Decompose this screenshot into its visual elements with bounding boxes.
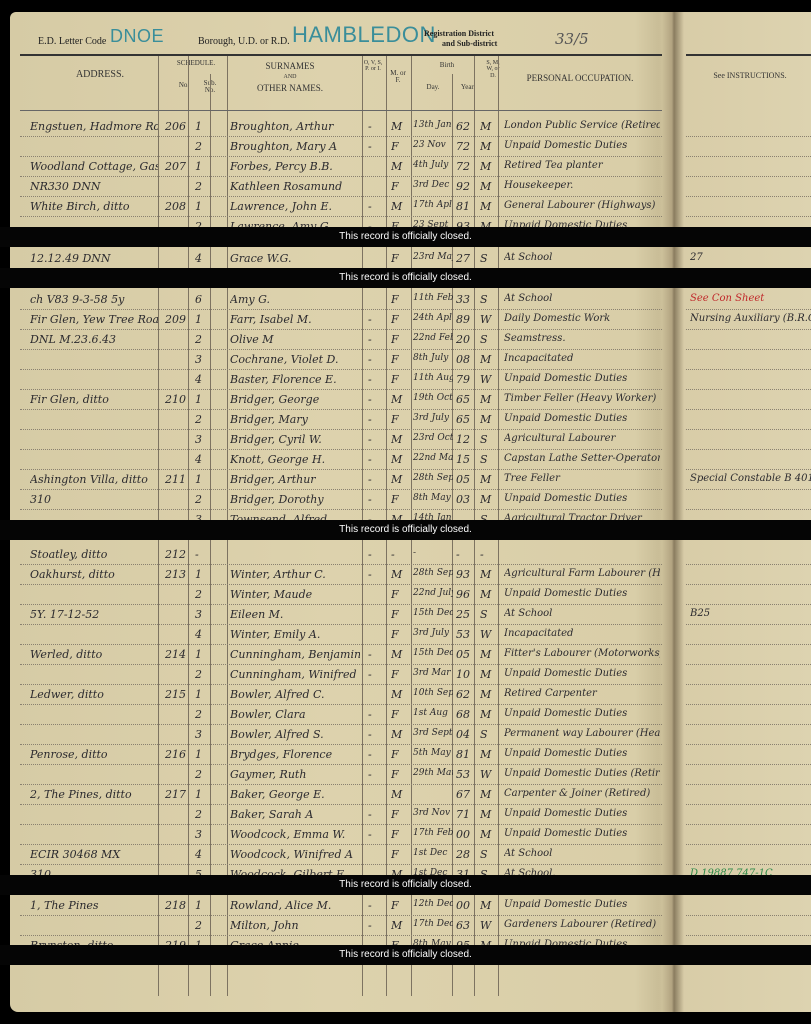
cell-ovs: - [368,333,384,346]
cell-name: Winter, Maude [230,588,360,601]
cell-sub: 1 [195,568,211,581]
cell-day: 1st Aug [413,708,453,718]
col-schedule-no: No. [170,82,198,89]
table-row: 2Cunningham, Winifred-F3rd Mar10MUnpaid … [10,665,811,685]
col-address: ADDRESS. [30,70,170,81]
cell-sub: 2 [195,180,211,193]
cell-sub: 3 [195,608,211,621]
cell-name: Bridger, Cyril W. [230,433,360,446]
cell-sub: 2 [195,333,211,346]
table-row: White Birch, ditto2081Lawrence, John E.-… [10,197,811,217]
cell-ovs: - [368,748,384,761]
cell-sub: 1 [195,788,211,801]
cell-status: M [480,180,498,193]
cell-year: 08 [456,353,474,366]
cell-sched: 212 [165,548,189,561]
table-row: 3102Bridger, Dorothy-F8th May03MUnpaid D… [10,490,811,510]
cell-sched: 210 [165,393,189,406]
cell-sub: 1 [195,313,211,326]
cell-name: Forbes, Percy B.B. [230,160,360,173]
cell-sex: F [391,140,407,153]
cell-address: Woodland Cottage, Gasden Lane [30,160,158,173]
cell-day: 17th Apl [413,200,453,210]
cell-name: Winter, Arthur C. [230,568,360,581]
cell-status: M [480,353,498,366]
cell-sub: 1 [195,473,211,486]
cell-day: 10th Sept [413,688,453,698]
cell-status: S [480,848,498,861]
table-row: 1, The Pines2181Rowland, Alice M.-F12th … [10,896,811,916]
cell-status: W [480,768,498,781]
cell-ovs: - [368,353,384,366]
cell-sched: 215 [165,688,189,701]
cell-year: 53 [456,628,474,641]
cell-day: 17th Dec [413,919,453,929]
table-row: 2Baker, Sarah A-F3rd Nov71MUnpaid Domest… [10,805,811,825]
cell-sched: 208 [165,200,189,213]
cell-status: M [480,899,498,912]
cell-sex: F [391,353,407,366]
table-row: Ashington Villa, ditto2111Bridger, Arthu… [10,470,811,490]
cell-day: 3rd Nov [413,808,453,818]
cell-name: Eileen M. [230,608,360,621]
cell-sex: F [391,628,407,641]
cell-status: S [480,728,498,741]
cell-ovs: - [368,648,384,661]
cell-status: S [480,252,498,265]
cell-address: Penrose, ditto [30,748,158,761]
cell-day: 23rd May [413,252,453,262]
cell-status: S [480,433,498,446]
cell-day: 19th Oct [413,393,453,403]
cell-ovs: - [368,548,384,561]
cell-sub: 2 [195,708,211,721]
table-row: DNL M.23.6.432Olive M-F22nd Feb20SSeamst… [10,330,811,350]
cell-occ: Carpenter & Joiner (Retired) [504,788,660,799]
cell-sex: F [391,708,407,721]
borough-label: Borough, U.D. or R.D. [198,36,290,47]
cell-name: Bowler, Clara [230,708,360,721]
cell-address: Ledwer, ditto [30,688,158,701]
cell-ovs: - [368,493,384,506]
cell-year: 15 [456,453,474,466]
col-birth: Birth [412,62,482,69]
cell-sex: - [391,548,407,561]
cell-occ: Housekeeper. [504,180,660,191]
cell-year: 81 [456,200,474,213]
cell-status: M [480,413,498,426]
cell-ovs: - [368,668,384,681]
cell-occ: Unpaid Domestic Duties [504,808,660,819]
cell-ovs: - [368,373,384,386]
closed-record-banner: This record is officially closed. [0,268,811,288]
col-birth-year: Year. [456,84,480,91]
cell-name: Knott, George H. [230,453,360,466]
cell-occ: Unpaid Domestic Duties [504,828,660,839]
cell-ovs: - [368,568,384,581]
cell-sex: F [391,808,407,821]
registration-label-1: Registration District [424,29,494,38]
borough-name: HAMBLEDON [292,22,436,48]
cell-day: 28th Sept [413,568,453,578]
cell-sex: M [391,568,407,581]
cell-sex: F [391,828,407,841]
cell-note: See Con Sheet [690,293,811,304]
cell-day: 23 Nov [413,140,453,150]
cell-occ: Daily Domestic Work [504,313,660,324]
cell-occ: Unpaid Domestic Duties [504,493,660,504]
cell-status: M [480,493,498,506]
cell-address: Oakhurst, ditto [30,568,158,581]
cell-sex: F [391,293,407,306]
cell-sub: 4 [195,252,211,265]
col-surnames-and: AND [225,74,355,80]
cell-occ: Agricultural Labourer [504,433,660,444]
cell-ovs: - [368,708,384,721]
cell-note: 27 [690,252,811,263]
cell-sex: F [391,333,407,346]
cell-ovs: - [368,828,384,841]
cell-name: Grace W.G. [230,252,360,265]
cell-ovs: - [368,473,384,486]
cell-ovs: - [368,120,384,133]
cell-occ: At School [504,608,660,619]
cell-occ: Unpaid Domestic Duties (Retired) [504,768,660,779]
cell-sex: F [391,588,407,601]
col-status: S, M, W, or D. [483,60,503,79]
cell-occ: Unpaid Domestic Duties [504,413,660,424]
table-row: 4Knott, George H.-M22nd May15SCapstan La… [10,450,811,470]
cell-day: 11th Aug [413,373,453,383]
cell-address: 5Y. 17-12-52 [30,608,158,621]
cell-sex: F [391,608,407,621]
cell-ovs: - [368,433,384,446]
cell-occ: At School [504,252,660,263]
cell-ovs: - [368,313,384,326]
cell-note: Nursing Auxiliary (B.R.C.S.) [690,313,811,324]
cell-sub: 4 [195,373,211,386]
table-row: 2, The Pines, ditto2171Baker, George E.M… [10,785,811,805]
table-row: 3Woodcock, Emma W.-F17th Feb00MUnpaid Do… [10,825,811,845]
col-ovspl: O, V, S, P. or I. [362,60,384,73]
cell-year: 92 [456,180,474,193]
cell-name: Rowland, Alice M. [230,899,360,912]
table-row: 12.12.49 DNN4Grace W.G.F23rd May27SAt Sc… [10,249,811,269]
cell-sex: F [391,668,407,681]
cell-day: 4th July [413,160,453,170]
cell-sex: F [391,899,407,912]
cell-ovs: - [368,768,384,781]
cell-status: M [480,160,498,173]
cell-sub: - [195,548,211,561]
cell-year: 12 [456,433,474,446]
cell-name: Broughton, Arthur [230,120,360,133]
cell-address: NR330 DNN [30,180,158,193]
cell-status: M [480,568,498,581]
cell-status: W [480,313,498,326]
cell-ovs: - [368,413,384,426]
cell-sub: 1 [195,200,211,213]
cell-address: ECIR 30468 MX [30,848,158,861]
cell-sex: F [391,252,407,265]
cell-day: 5th May [413,748,453,758]
cell-ovs: - [368,200,384,213]
cell-day: 28th Sept [413,473,453,483]
table-row: 2Winter, MaudeF22nd July96MUnpaid Domest… [10,585,811,605]
cell-year: 62 [456,120,474,133]
cell-day: 8th July [413,353,453,363]
cell-sex: M [391,200,407,213]
header-rule-right [686,54,811,56]
cell-address: 310 [30,493,158,506]
cell-day: 23rd Oct [413,433,453,443]
cell-year: 03 [456,493,474,506]
cell-occ: Seamstress. [504,333,660,344]
table-row: 2Milton, John-M17th Dec63WGardeners Labo… [10,916,811,936]
cell-name: Bridger, George [230,393,360,406]
cell-day: 13th Jan [413,120,453,130]
cell-name: Milton, John [230,919,360,932]
cell-day: 15th Dec [413,648,453,658]
cell-occ: Unpaid Domestic Duties [504,748,660,759]
cell-day: 24th Apl [413,313,453,323]
cell-day: 3rd July [413,628,453,638]
cell-sex: M [391,393,407,406]
cell-sub: 1 [195,160,211,173]
cell-sex: F [391,848,407,861]
cell-sub: 4 [195,848,211,861]
cell-year: 72 [456,160,474,173]
table-row: Oakhurst, ditto2131Winter, Arthur C.-M28… [10,565,811,585]
table-row: 5Y. 17-12-523Eileen M.F15th Dec25SAt Sch… [10,605,811,625]
cell-sub: 4 [195,628,211,641]
col-schedule: SCHEDULE. [170,60,222,67]
cell-sub: 1 [195,120,211,133]
cell-sched: 218 [165,899,189,912]
cell-sched: 211 [165,473,189,486]
cell-occ: Capstan Lathe Setter-Operator [504,453,660,464]
cell-address: 2, The Pines, ditto [30,788,158,801]
cell-address: Fir Glen, Yew Tree Road [30,313,158,326]
cell-year: 79 [456,373,474,386]
cell-name: Bridger, Mary [230,413,360,426]
cell-name: Baster, Florence E. [230,373,360,386]
cell-occ: Unpaid Domestic Duties [504,140,660,151]
closed-record-banner: This record is officially closed. [0,520,811,540]
cell-year: 67 [456,788,474,801]
cell-name: Winter, Emily A. [230,628,360,641]
col-birth-day: Day. [412,84,454,91]
cell-year: 72 [456,140,474,153]
cell-name: Cunningham, Winifred [230,668,360,681]
cell-year: 20 [456,333,474,346]
table-row: 4Baster, Florence E.-F11th Aug79WUnpaid … [10,370,811,390]
cell-status: M [480,140,498,153]
cell-status: M [480,393,498,406]
cell-day: - [413,548,453,558]
cell-year: 04 [456,728,474,741]
cell-status: W [480,919,498,932]
cell-year: 00 [456,899,474,912]
cell-day: 15th Dec [413,608,453,618]
cell-year: 81 [456,748,474,761]
cell-sub: 1 [195,393,211,406]
cell-status: S [480,293,498,306]
table-row: 4Winter, Emily A.F3rd July53WIncapacitat… [10,625,811,645]
col-surnames: SURNAMES [225,62,355,71]
header-rule [20,54,662,56]
table-row: 3Bridger, Cyril W.-M23rd Oct12SAgricultu… [10,430,811,450]
cell-name: Broughton, Mary A [230,140,360,153]
cell-occ: At School [504,848,660,859]
closed-record-banner: This record is officially closed. [0,875,811,895]
closed-record-banner: This record is officially closed. [0,227,811,247]
cell-year: 10 [456,668,474,681]
ed-letter-code-label: E.D. Letter Code [38,36,106,47]
cell-note: B25 [690,608,811,619]
cell-sub: 3 [195,728,211,741]
cell-sub: 2 [195,808,211,821]
table-row: ch V83 9-3-58 5y6Amy G.F11th Feb33SAt Sc… [10,290,811,310]
cell-address: White Birch, ditto [30,200,158,213]
cell-sub: 1 [195,748,211,761]
cell-name: Woodcock, Emma W. [230,828,360,841]
cell-year: 93 [456,568,474,581]
cell-status: M [480,808,498,821]
cell-name: Bridger, Arthur [230,473,360,486]
cell-name: Cochrane, Violet D. [230,353,360,366]
cell-address: Werled, ditto [30,648,158,661]
cell-day: 3rd July [413,413,453,423]
table-row: 2Broughton, Mary A-F23 Nov72MUnpaid Dome… [10,137,811,157]
cell-occ: Agricultural Farm Labourer (Heavy worker… [504,568,660,579]
cell-occ: Unpaid Domestic Duties [504,668,660,679]
cell-address: Engstuen, Hadmore Rd [30,120,158,133]
cell-occ: Gardeners Labourer (Retired) [504,919,660,930]
cell-status: M [480,473,498,486]
cell-occ: Permanent way Labourer (Heavy worker) [504,728,660,739]
cell-occ: Unpaid Domestic Duties [504,373,660,384]
cell-status: - [480,548,498,561]
cell-status: M [480,748,498,761]
table-row: 2Gaymer, Ruth-F29th Mar53WUnpaid Domesti… [10,765,811,785]
cell-occ: Unpaid Domestic Duties [504,899,660,910]
cell-year: 89 [456,313,474,326]
col-sex: M. or F. [388,70,408,85]
cell-day: 3rd Dec [413,180,453,190]
cell-day: 12th Dec [413,899,453,909]
cell-sched: 214 [165,648,189,661]
table-row: Fir Glen, ditto2101Bridger, George-M19th… [10,390,811,410]
table-row: Ledwer, ditto2151Bowler, Alfred C.M10th … [10,685,811,705]
cell-occ: General Labourer (Highways) [504,200,660,211]
cell-occ: London Public Service (Retired) [504,120,660,131]
cell-sub: 4 [195,453,211,466]
cell-year: 28 [456,848,474,861]
cell-sub: 2 [195,668,211,681]
cell-sex: F [391,373,407,386]
cell-sex: M [391,473,407,486]
cell-occ: Unpaid Domestic Duties [504,708,660,719]
cell-name: Bridger, Dorothy [230,493,360,506]
cell-year: 33 [456,293,474,306]
cell-ovs: - [368,393,384,406]
table-row: 3Cochrane, Violet D.-F8th July08MIncapac… [10,350,811,370]
cell-address: Fir Glen, ditto [30,393,158,406]
cell-name: Baker, Sarah A [230,808,360,821]
cell-status: W [480,373,498,386]
table-row: Penrose, ditto2161Brydges, Florence-F5th… [10,745,811,765]
cell-sex: M [391,919,407,932]
cell-year: 05 [456,648,474,661]
table-row: Werled, ditto2141Cunningham, Benjamin-M1… [10,645,811,665]
cell-day: 3rd Sept [413,728,453,738]
table-row: 2Bowler, Clara-F1st Aug68MUnpaid Domesti… [10,705,811,725]
table-row: NR330 DNN2Kathleen RosamundF3rd Dec92MHo… [10,177,811,197]
cell-sex: M [391,453,407,466]
cell-status: M [480,688,498,701]
cell-day: 29th Mar [413,768,453,778]
cell-occ: At School [504,293,660,304]
cell-address: Stoatley, ditto [30,548,158,561]
cell-occ: Timber Feller (Heavy Worker) [504,393,660,404]
cell-sub: 2 [195,413,211,426]
cell-status: S [480,333,498,346]
cell-year: 65 [456,393,474,406]
cell-address: 1, The Pines [30,899,158,912]
table-row: 3Bowler, Alfred S.-M3rd Sept04SPermanent… [10,725,811,745]
cell-year: 65 [456,413,474,426]
cell-day: 3rd Mar [413,668,453,678]
cell-year: 05 [456,473,474,486]
cell-sched: 209 [165,313,189,326]
cell-note: Special Constable B 401 Surrey [690,473,811,484]
cell-ovs: - [368,728,384,741]
cell-address: ch V83 9-3-58 5y [30,293,158,306]
cell-sex: M [391,688,407,701]
cell-sched: 213 [165,568,189,581]
cell-status: W [480,628,498,641]
cell-name: Cunningham, Benjamin [230,648,360,661]
cell-status: M [480,708,498,721]
cell-day: 22nd Feb [413,333,453,343]
cell-sub: 6 [195,293,211,306]
col-occupation: PERSONAL OCCUPATION. [505,74,655,83]
cell-sub: 2 [195,588,211,601]
cell-sex: F [391,313,407,326]
registration-label-2: and Sub-district [442,39,497,48]
cell-name: Gaymer, Ruth [230,768,360,781]
cell-occ: Unpaid Domestic Duties [504,588,660,599]
col-other-names: OTHER NAMES. [225,84,355,93]
cell-sex: F [391,748,407,761]
cell-name: Baker, George E. [230,788,360,801]
cell-year: - [456,548,474,561]
cell-name: Bowler, Alfred C. [230,688,360,701]
cell-year: 68 [456,708,474,721]
table-row: Stoatley, ditto212------ [10,545,811,565]
cell-name: Brydges, Florence [230,748,360,761]
cell-name: Bowler, Alfred S. [230,728,360,741]
cell-sub: 1 [195,899,211,912]
cell-year: 27 [456,252,474,265]
table-row: Fir Glen, Yew Tree Road2091Farr, Isabel … [10,310,811,330]
table-row: Woodland Cottage, Gasden Lane2071Forbes,… [10,157,811,177]
cell-status: M [480,648,498,661]
cell-day: 1st Dec [413,848,453,858]
cell-occ: Fitter's Labourer (Motorworks) [504,648,660,659]
table-row: ECIR 30468 MX4Woodcock, Winifred AF1st D… [10,845,811,865]
